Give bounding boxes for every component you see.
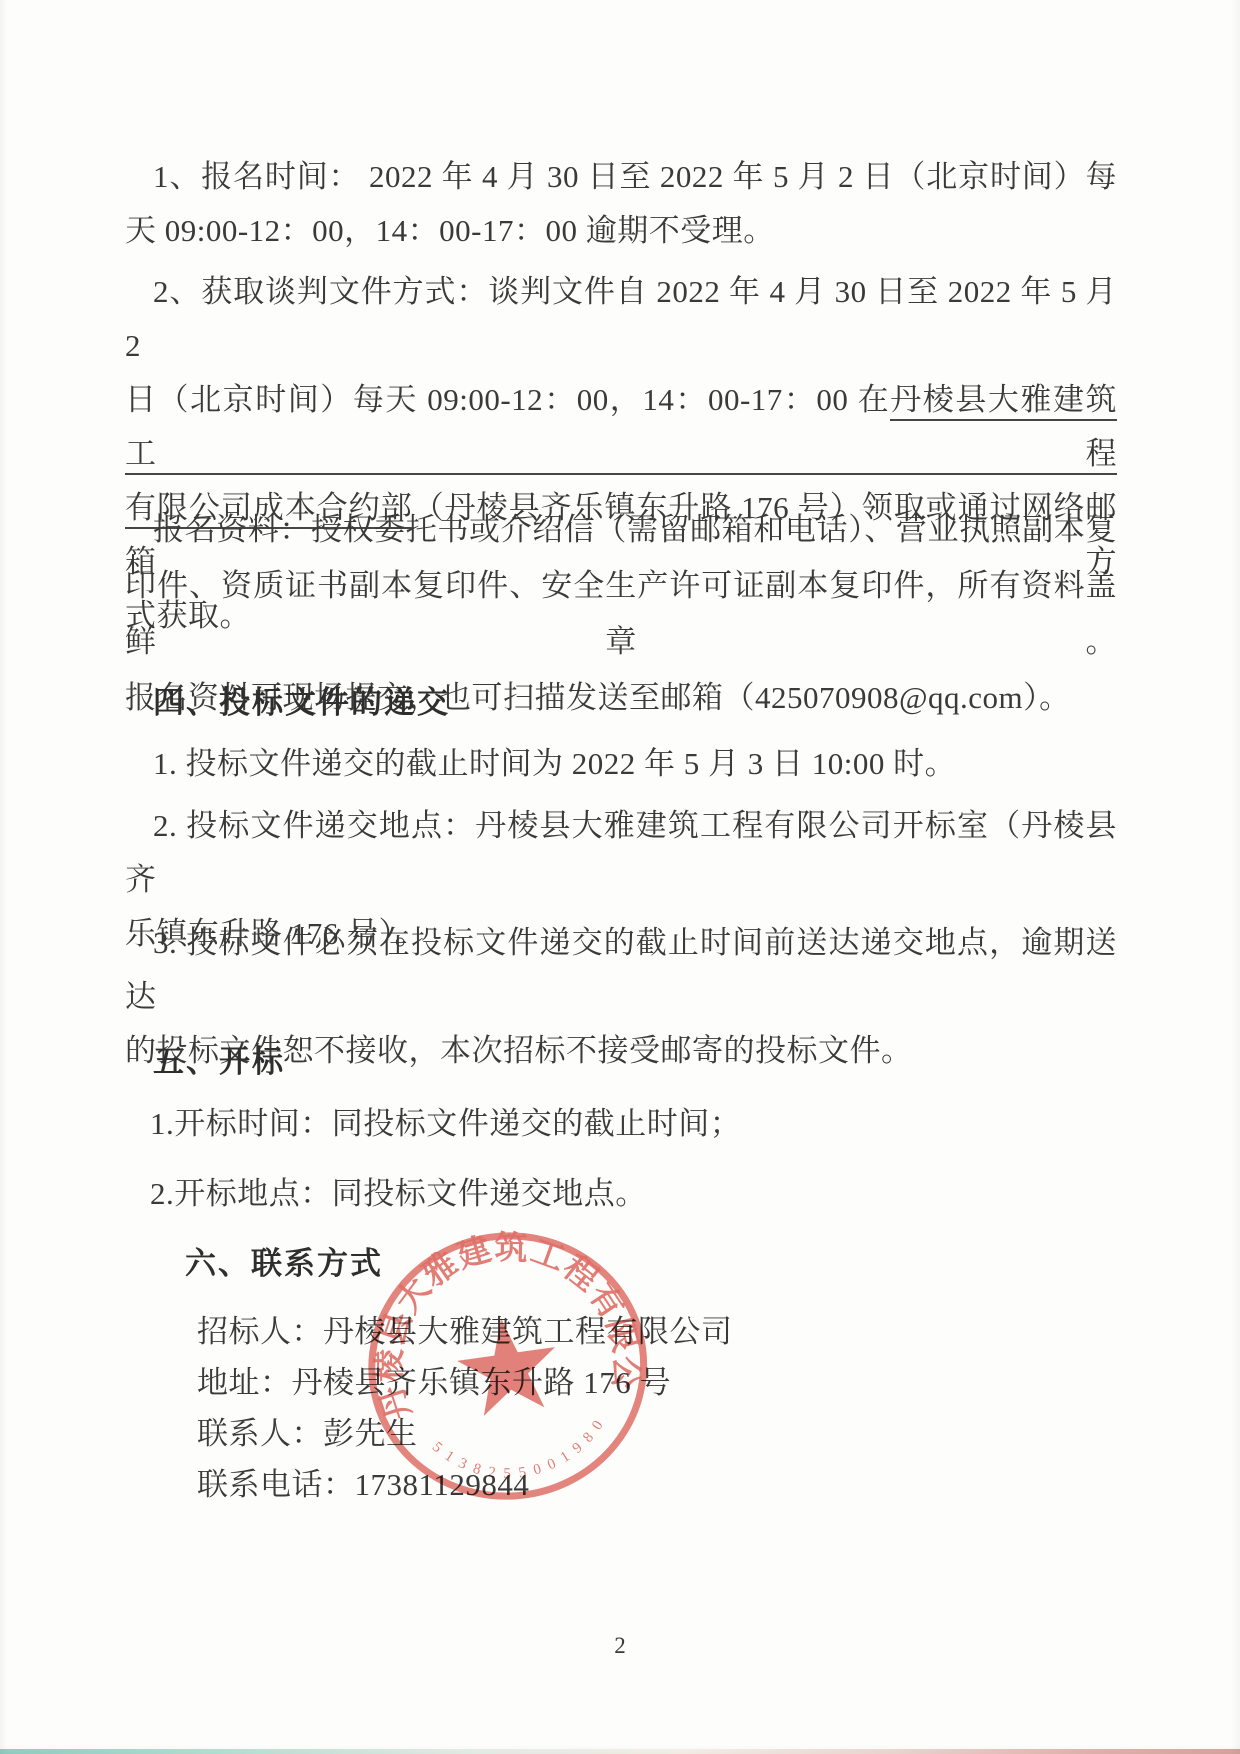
para-materials-line-2: 印件、资质证书副本复印件、安全生产许可证副本复印件，所有资料盖鲜章。: [125, 558, 1117, 670]
bid-opening-item-1: 1.开标时间：同投标文件递交的截止时间；: [125, 1097, 1117, 1151]
para-registration-time: 1、报名时间： 2022 年 4 月 30 日至 2022 年 5 月 2 日（…: [125, 150, 1117, 258]
bid-opening-item-1-line: 1.开标时间：同投标文件递交的截止时间；: [125, 1097, 1117, 1151]
scan-edge-artifact: [0, 1749, 1240, 1754]
para-obtain-documents-line-2: 日（北京时间）每天 09:00-12：00，14：00-17：00 在丹棱县大雅…: [125, 373, 1117, 481]
contact-tenderer: 招标人：丹棱县大雅建筑工程有限公司: [197, 1306, 1117, 1357]
para-registration-time-line-1: 1、报名时间： 2022 年 4 月 30 日至 2022 年 5 月 2 日（…: [125, 150, 1117, 204]
obtain-line2-text: 日（北京时间）每天 09:00-12：00，14：00-17：00 在: [125, 382, 890, 417]
bid-opening-item-2: 2.开标地点：同投标文件递交地点。: [125, 1167, 1117, 1221]
contact-block: 招标人：丹棱县大雅建筑工程有限公司 地址：丹棱县齐乐镇东升路 176 号 联系人…: [197, 1306, 1117, 1510]
para-obtain-documents-line-1: 2、获取谈判文件方式：谈判文件自 2022 年 4 月 30 日至 2022 年…: [125, 265, 1117, 373]
submission-item-2-line-1: 2. 投标文件递交地点：丹棱县大雅建筑工程有限公司开标室（丹棱县齐: [125, 799, 1117, 907]
document-page: 1、报名时间： 2022 年 4 月 30 日至 2022 年 5 月 2 日（…: [0, 0, 1240, 1754]
heading-bid-opening: 五、开标: [125, 1035, 1117, 1089]
submission-item-1: 1. 投标文件递交的截止时间为 2022 年 5 月 3 日 10:00 时。: [125, 737, 1117, 791]
submission-item-3-line-1: 3. 投标文件必须在投标文件递交的截止时间前送达递交地点，逾期送达: [125, 916, 1117, 1024]
para-registration-time-line-2: 天 09:00-12：00，14：00-17：00 逾期不受理。: [125, 204, 1117, 258]
submission-item-1-line-1: 1. 投标文件递交的截止时间为 2022 年 5 月 3 日 10:00 时。: [125, 737, 1117, 791]
contact-address: 地址：丹棱县齐乐镇东升路 176 号: [197, 1357, 1117, 1408]
heading-contact: 六、联系方式: [125, 1237, 1117, 1291]
contact-phone: 联系电话：17381129844: [197, 1459, 1117, 1510]
para-materials-line-1: 报名资料：授权委托书或介绍信（需留邮箱和电话）、营业执照副本复: [125, 502, 1117, 558]
page-number: 2: [0, 1633, 1240, 1659]
heading-submission: 四、投标文件的递交: [125, 676, 1117, 730]
contact-person: 联系人：彭先生: [197, 1408, 1117, 1459]
bid-opening-item-2-line: 2.开标地点：同投标文件递交地点。: [125, 1167, 1117, 1221]
